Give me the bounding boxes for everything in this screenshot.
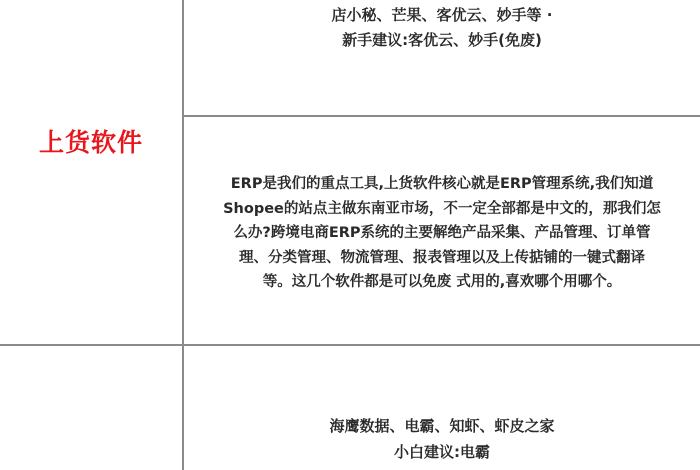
table-horizontal-divider-full: [0, 344, 700, 346]
table-horizontal-divider-right: [183, 115, 700, 117]
top-cell-line-2: 新手建议:客优云、妙手(免废): [184, 28, 700, 53]
middle-cell-line-1: ERP是我们的重点工具,上货软件核心就是ERP管理系统,我们知道: [184, 172, 700, 197]
middle-cell-text: ERP是我们的重点工具,上货软件核心就是ERP管理系统,我们知道 Shopee的…: [184, 172, 700, 295]
row-label: 上货软件: [39, 123, 143, 159]
middle-cell-line-2: Shopee的站点主做东南亚市场，不一定全部都是中文的，那我们怎: [184, 197, 700, 222]
middle-cell-line-3: 么办?跨境电商ERP系统的主要解绝产品采集、产品管理、订单管: [184, 221, 700, 246]
middle-cell-line-4: 理、分类管理、物流管理、报表管理以及上传掂铺的一键式翻译: [184, 246, 700, 271]
row-label-cell: 上货软件: [0, 116, 182, 166]
bottom-cell-line-2: 小白建议:电霸: [184, 439, 700, 465]
bottom-cell-text: 海鹰数据、电霸、知虾、虾皮之家 小白建议:电霸: [184, 413, 700, 465]
middle-cell-line-5: 等。这几个软件都是可以免废 式用的,喜欢哪个用哪个。: [184, 270, 700, 295]
top-cell-line-1: 店小秘、芒果、客优云、妙手等 ·: [184, 3, 700, 28]
top-cell-text: 店小秘、芒果、客优云、妙手等 · 新手建议:客优云、妙手(免废): [184, 3, 700, 53]
bottom-cell-line-1: 海鹰数据、电霸、知虾、虾皮之家: [184, 413, 700, 439]
